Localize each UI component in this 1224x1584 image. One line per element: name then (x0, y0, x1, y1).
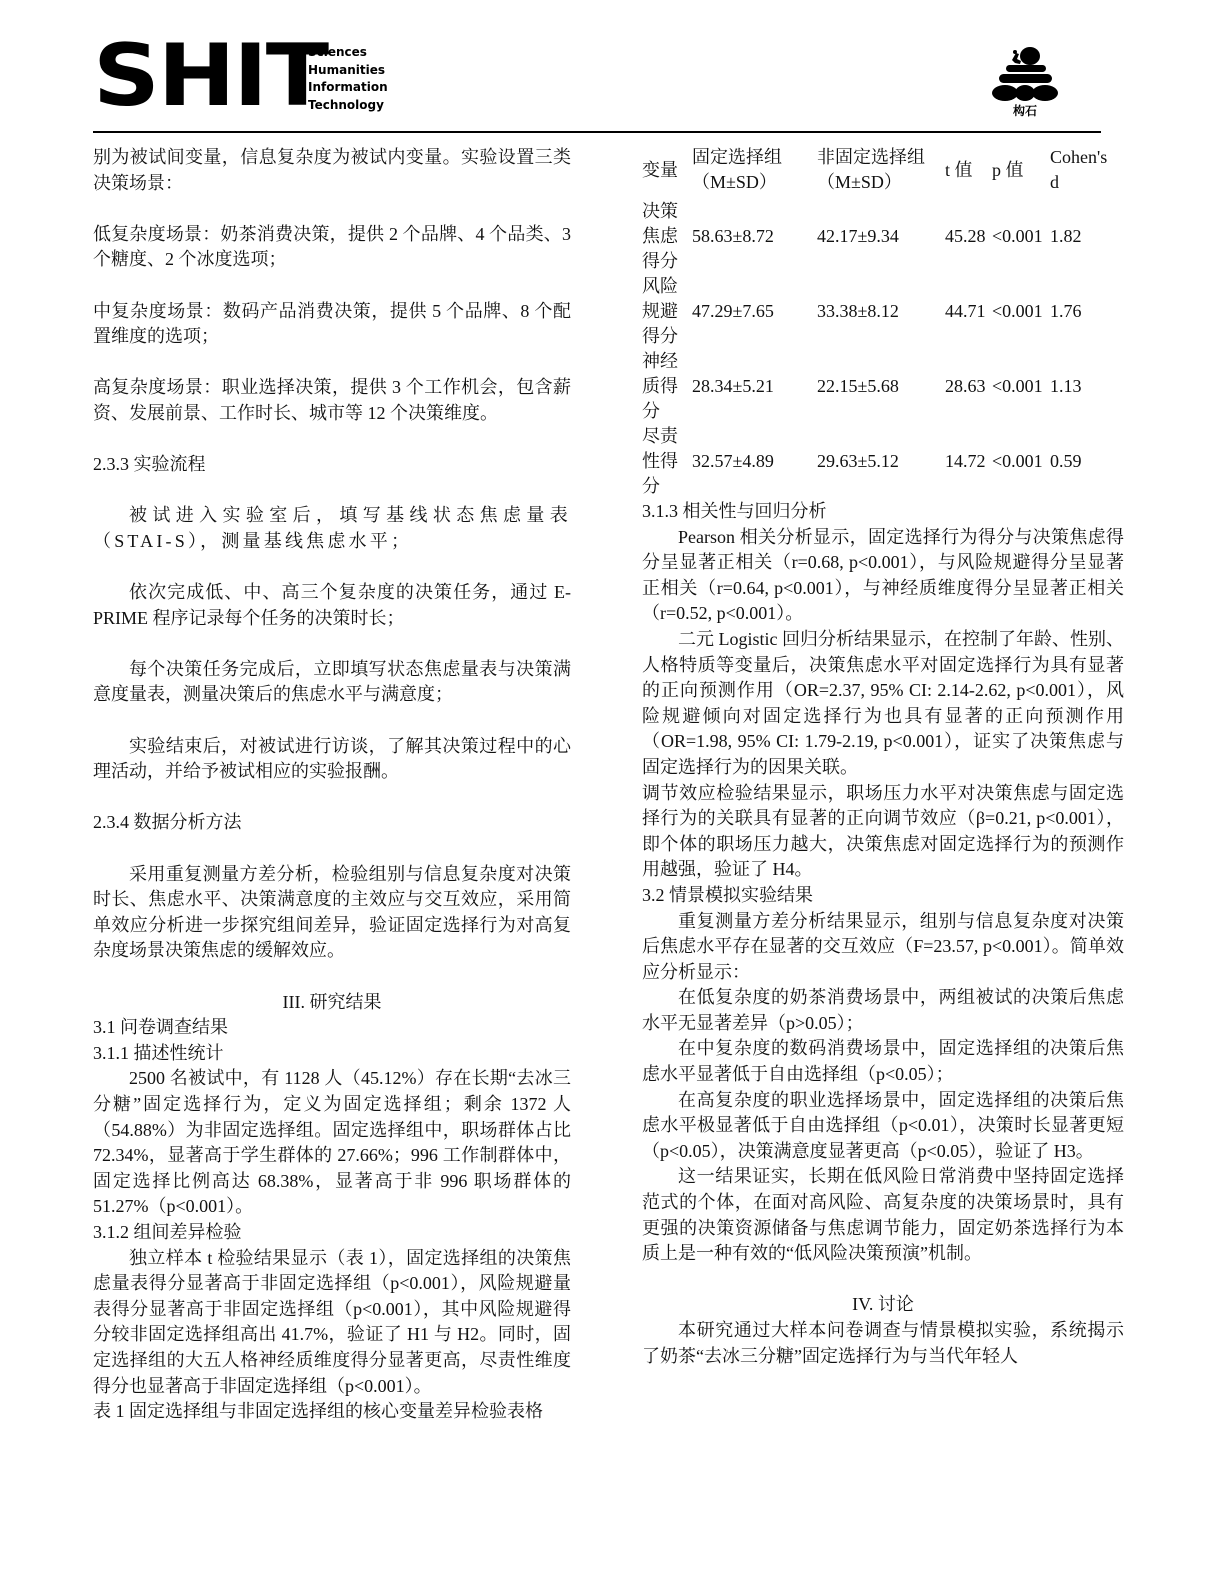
table-cell: 29.63±5.12 (817, 424, 945, 499)
table-cell: 28.63 (945, 349, 992, 424)
header-rule (93, 131, 1101, 133)
table-cell: 决策焦虑得分 (642, 199, 682, 274)
table-cell: 0.59 (1050, 424, 1120, 499)
paragraph: 低复杂度场景：奶茶消费决策，提供 2 个品牌、4 个品类、3 个糖度、2 个冰度… (93, 222, 571, 273)
table-row: 神经质得分 28.34±5.21 22.15±5.68 28.63 <0.001… (642, 349, 1120, 424)
logo-subtitle-line: Information (308, 79, 388, 97)
table-header-cell: 非固定选择组（M±SD） (817, 145, 945, 199)
journal-header: SHIT Sciences Humanities Information Tec… (93, 36, 1101, 132)
brand-mark: 构石 (989, 44, 1061, 119)
paragraph: Pearson 相关分析显示，固定选择行为得分与决策焦虑得分呈显著正相关（r=0… (642, 525, 1124, 627)
table-header-cell: t 值 (945, 145, 992, 199)
table-cell: <0.001 (992, 274, 1050, 349)
table-cell: <0.001 (992, 424, 1050, 499)
paragraph: 采用重复测量方差分析，检验组别与信息复杂度对决策时长、焦虑水平、决策满意度的主效… (93, 862, 571, 964)
subsection-heading: 2.3.4 数据分析方法 (93, 810, 571, 836)
subsection-heading: 2.3.3 实验流程 (93, 452, 571, 478)
paragraph: 调节效应检验结果显示，职场压力水平对决策焦虑与固定选择行为的关联具有显著的正向调… (642, 781, 1124, 883)
table-row: 决策焦虑得分 58.63±8.72 42.17±9.34 45.28 <0.00… (642, 199, 1120, 274)
table-row: 风险规避得分 47.29±7.65 33.38±8.12 44.71 <0.00… (642, 274, 1120, 349)
table-cell: 1.76 (1050, 274, 1120, 349)
paragraph: 本研究通过大样本问卷调查与情景模拟实验，系统揭示了奶茶“去冰三分糖”固定选择行为… (642, 1318, 1124, 1369)
table-cell: <0.001 (992, 199, 1050, 274)
table-row: 尽责性得分 32.57±4.89 29.63±5.12 14.72 <0.001… (642, 424, 1120, 499)
journal-logo-subtitle: Sciences Humanities Information Technolo… (308, 44, 388, 114)
table-cell: 神经质得分 (642, 349, 682, 424)
paragraph: 重复测量方差分析结果显示，组别与信息复杂度对决策后焦虑水平存在显著的交互效应（F… (642, 909, 1124, 986)
paragraph: 每个决策任务完成后，立即填写状态焦虑量表与决策满意度量表，测量决策后的焦虑水平与… (93, 657, 571, 708)
table-cell: 风险规避得分 (642, 274, 682, 349)
paragraph: 2500 名被试中，有 1128 人（45.12%）存在长期“去冰三分糖”固定选… (93, 1066, 571, 1220)
brand-label: 构石 (989, 102, 1061, 119)
table-cell: 22.15±5.68 (817, 349, 945, 424)
table-cell: 47.29±7.65 (692, 274, 817, 349)
right-column: 变量 固定选择组（M±SD） 非固定选择组（M±SD） t 值 p 值 Cohe… (642, 145, 1124, 1369)
paragraph: 在高复杂度的职业选择场景中，固定选择组的决策后焦虑水平极显著低于自由选择组（p<… (642, 1088, 1124, 1165)
table-cell: 1.82 (1050, 199, 1120, 274)
table-header-row: 变量 固定选择组（M±SD） 非固定选择组（M±SD） t 值 p 值 Cohe… (642, 145, 1120, 199)
table-cell: 28.34±5.21 (692, 349, 817, 424)
journal-logo: SHIT (93, 36, 327, 116)
table-header-cell: 变量 (642, 145, 692, 199)
table-cell: 42.17±9.34 (817, 199, 945, 274)
table-cell: 32.57±4.89 (692, 424, 817, 499)
subsection-heading: 3.1.1 描述性统计 (93, 1041, 571, 1067)
paragraph: 被试进入实验室后，填写基线状态焦虑量表（STAI-S），测量基线焦虑水平； (93, 503, 571, 554)
table-cell: 44.71 (945, 274, 992, 349)
table-cell: 尽责性得分 (642, 424, 682, 499)
table-cell: 45.28 (945, 199, 992, 274)
table-cell: 1.13 (1050, 349, 1120, 424)
paragraph: 实验结束后，对被试进行访谈，了解其决策过程中的心理活动，并给予被试相应的实验报酬… (93, 734, 571, 785)
logo-subtitle-line: Humanities (308, 62, 388, 80)
table-cell: 14.72 (945, 424, 992, 499)
table-cell: 58.63±8.72 (692, 199, 817, 274)
paragraph: 独立样本 t 检验结果显示（表 1），固定选择组的决策焦虑量表得分显著高于非固定… (93, 1246, 571, 1400)
paragraph: 依次完成低、中、高三个复杂度的决策任务，通过 E-PRIME 程序记录每个任务的… (93, 580, 571, 631)
stone-pile-climber-icon (990, 44, 1060, 102)
paragraph: 高复杂度场景：职业选择决策，提供 3 个工作机会，包含薪资、发展前景、工作时长、… (93, 375, 571, 426)
subsection-heading: 3.1.3 相关性与回归分析 (642, 499, 1124, 525)
section-heading: IV. 讨论 (642, 1292, 1124, 1318)
section-heading: III. 研究结果 (93, 990, 571, 1016)
paragraph: 二元 Logistic 回归分析结果显示，在控制了年龄、性别、人格特质等变量后，… (642, 627, 1124, 781)
logo-subtitle-line: Technology (308, 97, 388, 115)
table-header-cell: 固定选择组（M±SD） (692, 145, 817, 199)
logo-subtitle-line: Sciences (308, 44, 388, 62)
paragraph: 别为被试间变量，信息复杂度为被试内变量。实验设置三类决策场景： (93, 145, 571, 196)
paragraph: 中复杂度场景：数码产品消费决策，提供 5 个品牌、8 个配置维度的选项； (93, 299, 571, 350)
subsection-heading: 3.2 情景模拟实验结果 (642, 883, 1124, 909)
table-caption: 表 1 固定选择组与非固定选择组的核心变量差异检验表格 (93, 1399, 571, 1425)
table-header-cell: Cohen's d (1050, 145, 1120, 199)
table-header-cell: p 值 (992, 145, 1050, 199)
subsection-heading: 3.1 问卷调查结果 (93, 1015, 571, 1041)
left-column: 别为被试间变量，信息复杂度为被试内变量。实验设置三类决策场景： 低复杂度场景：奶… (93, 145, 571, 1425)
results-table: 变量 固定选择组（M±SD） 非固定选择组（M±SD） t 值 p 值 Cohe… (642, 145, 1120, 499)
table-cell: <0.001 (992, 349, 1050, 424)
paragraph: 在低复杂度的奶茶消费场景中，两组被试的决策后焦虑水平无显著差异（p>0.05）； (642, 985, 1124, 1036)
paragraph: 这一结果证实，长期在低风险日常消费中坚持固定选择范式的个体，在面对高风险、高复杂… (642, 1164, 1124, 1266)
subsection-heading: 3.1.2 组间差异检验 (93, 1220, 571, 1246)
table-cell: 33.38±8.12 (817, 274, 945, 349)
paragraph: 在中复杂度的数码消费场景中，固定选择组的决策后焦虑水平显著低于自由选择组（p<0… (642, 1036, 1124, 1087)
